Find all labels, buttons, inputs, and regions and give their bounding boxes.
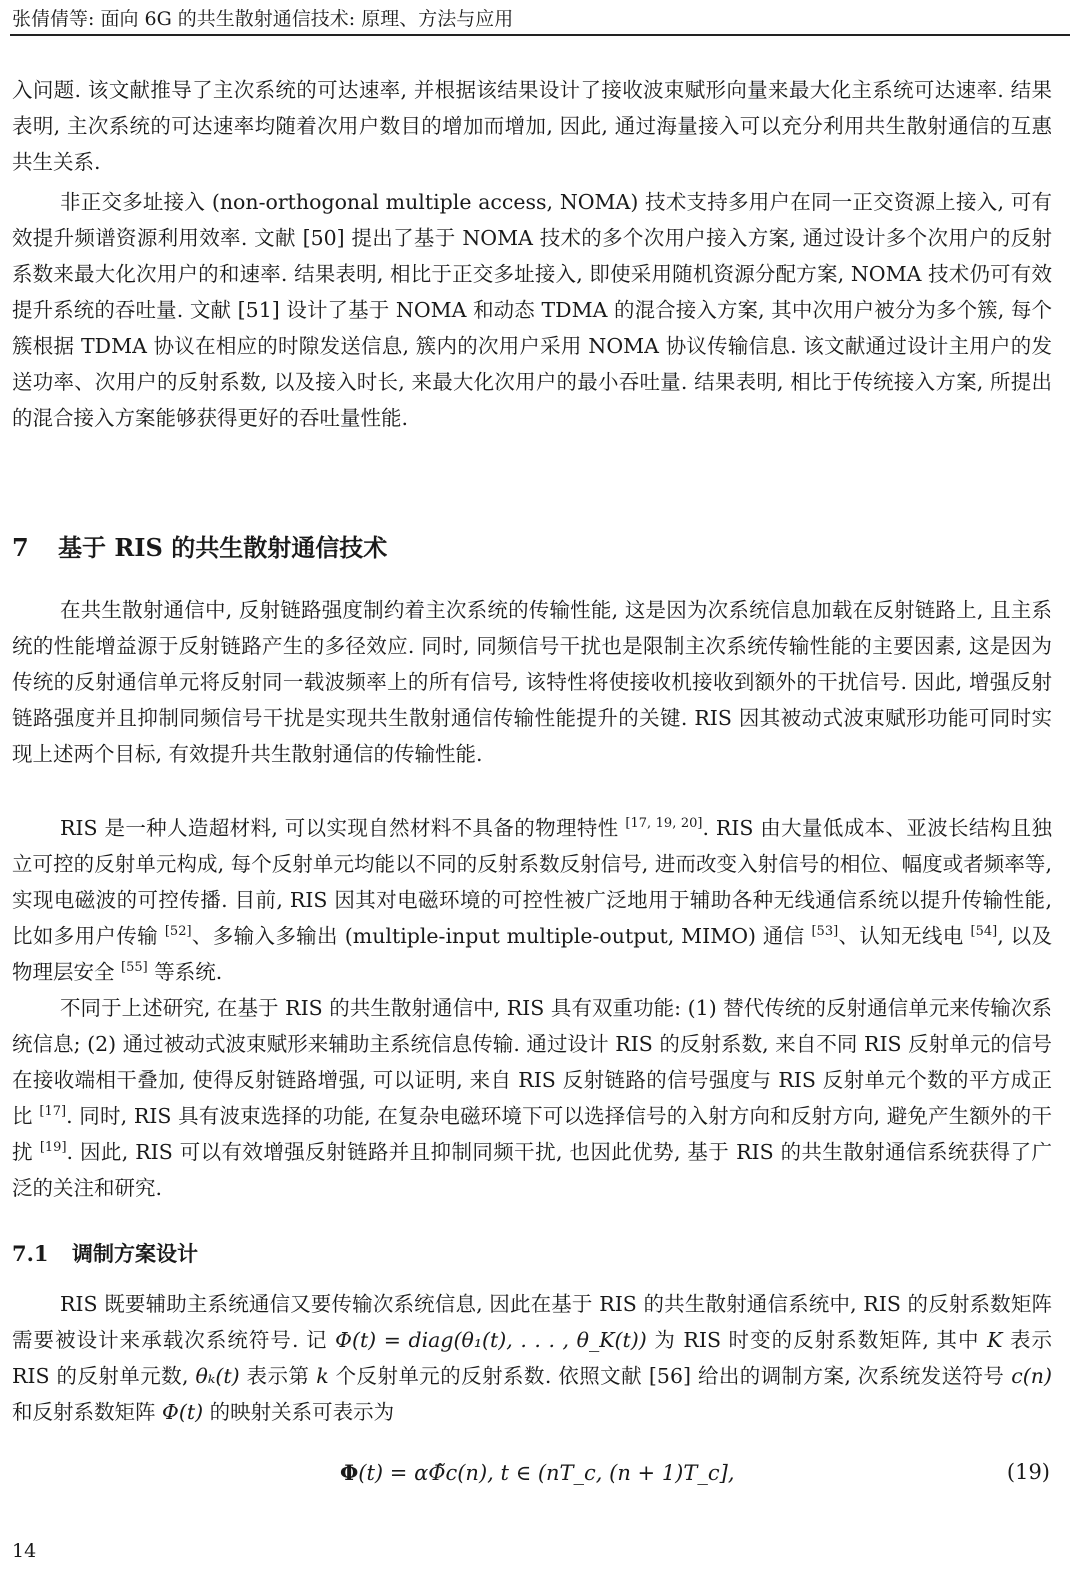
paragraph-ris-intro: 在共生散射通信中, 反射链路强度制约着主次系统的传输性能, 这是因为次系统信息加… [12, 592, 1052, 772]
page-number: 14 [12, 1540, 36, 1562]
math-phi-def: Φ(t) = diag(θ₁(t), . . . , θ_K(t)) [335, 1328, 647, 1352]
citation[interactable]: [52] [165, 924, 192, 939]
equation-body: Φ(t) = αΦ̃c(n), t ∈ (nT_c, (n + 1)T_c], [340, 1460, 735, 1485]
paragraph-modulation: RIS 既要辅助主系统通信又要传输次系统信息, 因此在基于 RIS 的共生散射通… [12, 1286, 1052, 1430]
citation[interactable]: [54] [971, 924, 998, 939]
paragraph-noma: 非正交多址接入 (non-orthogonal multiple access,… [12, 184, 1052, 436]
paragraph-ris-definition: RIS 是一种人造超材料, 可以实现自然材料不具备的物理特性 [17, 19, … [12, 810, 1052, 990]
subsection-title: 调制方案设计 [72, 1241, 198, 1266]
subsection-number: 7.1 [12, 1241, 72, 1266]
equation-number: (19) [1007, 1460, 1050, 1484]
citation[interactable]: [53] [811, 924, 838, 939]
citation[interactable]: [17] [39, 1104, 66, 1119]
section-title: 基于 RIS 的共生散射通信技术 [58, 533, 387, 562]
running-head-title: 张倩倩等: 面向 6G 的共生散射通信技术: 原理、方法与应用 [12, 4, 513, 31]
citation[interactable]: [19] [40, 1140, 67, 1155]
section-number: 7 [12, 533, 58, 562]
section-7-heading: 7基于 RIS 的共生散射通信技术 [12, 528, 387, 563]
paragraph-ris-dual-function: 不同于上述研究, 在基于 RIS 的共生散射通信中, RIS 具有双重功能: (… [12, 990, 1052, 1206]
citation[interactable]: [17, 19, 20] [625, 816, 702, 831]
paragraph-continued: 入问题. 该文献推导了主次系统的可达速率, 并根据该结果设计了接收波束赋形向量来… [12, 72, 1052, 180]
equation-19: Φ(t) = αΦ̃c(n), t ∈ (nT_c, (n + 1)T_c], … [0, 1460, 1080, 1500]
section-7-1-heading: 7.1调制方案设计 [12, 1238, 198, 1268]
header-rule [10, 34, 1070, 36]
citation[interactable]: [55] [121, 960, 148, 975]
